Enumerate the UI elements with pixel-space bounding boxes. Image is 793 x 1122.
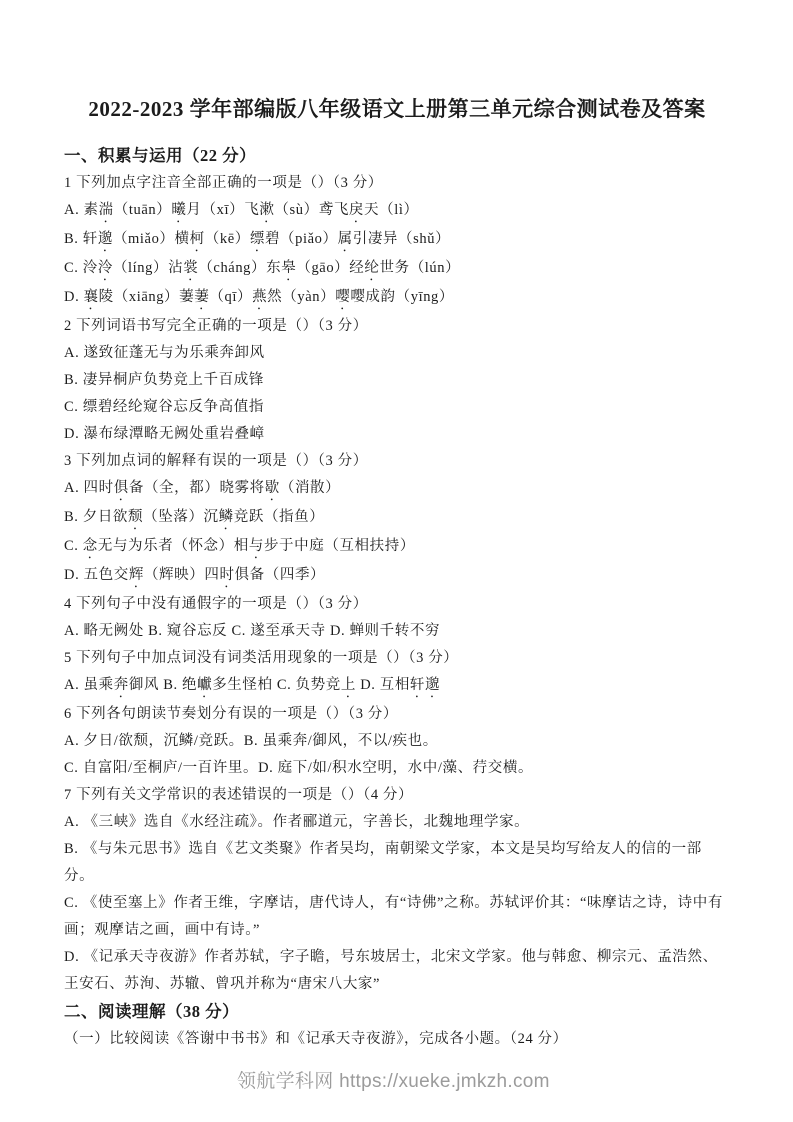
page-title: 2022-2023 学年部编版八年级语文上册第三单元综合测试卷及答案 (64, 94, 730, 124)
question-3-stem: 3 下列加点词的解释有误的一项是（）（3 分） (64, 448, 730, 475)
question-2-option-c: C. 缥碧经纶窥谷忘反争高值指 (64, 394, 730, 421)
question-1-stem: 1 下列加点字注音全部正确的一项是（）（3 分） (64, 170, 730, 197)
question-5-stem: 5 下列句子中加点词没有词类活用现象的一项是（）（3 分） (64, 645, 730, 672)
question-2-stem: 2 下列词语书写完全正确的一项是（）（3 分） (64, 313, 730, 340)
question-6-options-ab: A. 夕日/欲颓，沉鳞/竞跃。B. 虽乘奔/御风，不以/疾也。 (64, 728, 730, 755)
test-paper-page: 2022-2023 学年部编版八年级语文上册第三单元综合测试卷及答案 一、积累与… (0, 0, 793, 1122)
question-3: 3 下列加点词的解释有误的一项是（）（3 分） A. 四时俱备（全，都）晓雾将歇… (64, 448, 730, 591)
question-6-options-cd: C. 自富阳/至桐庐/一百许里。D. 庭下/如/积水空明，水中/藻、荇交横。 (64, 755, 730, 782)
question-3-option-d: D. 五色交辉（辉映）四时俱备（四季） (64, 562, 730, 591)
question-1-option-a: A. 素湍（tuān）曦月（xī）飞漱（sù）鸢飞戾天（lì） (64, 197, 730, 226)
question-2-option-a: A. 遂致征蓬无与为乐乘奔卸风 (64, 340, 730, 367)
section-one-heading: 一、积累与运用（22 分） (64, 142, 730, 170)
question-7-option-a: A. 《三峡》选自《水经注疏》。作者郦道元，字善长，北魏地理学家。 (64, 809, 730, 836)
question-7: 7 下列有关文学常识的表述错误的一项是（）（4 分） A. 《三峡》选自《水经注… (64, 782, 730, 998)
question-5: 5 下列句子中加点词没有词类活用现象的一项是（）（3 分） A. 虽乘奔御风 B… (64, 645, 730, 701)
question-7-option-b: B. 《与朱元思书》选自《艺文类聚》作者吴均，南朝梁文学家，本文是吴均写给友人的… (64, 836, 730, 890)
question-7-option-d: D. 《记承天寺夜游》作者苏轼，字子瞻，号东坡居士，北宋文学家。他与韩愈、柳宗元… (64, 944, 730, 998)
footer-watermark: 领航学科网 https://xueke.jmkzh.com (237, 1066, 550, 1093)
section-accumulation-and-use: 一、积累与运用（22 分） 1 下列加点字注音全部正确的一项是（）（3 分） A… (64, 142, 730, 998)
question-1-option-d: D. 襄陵（xiāng）萋萋（qī）燕然（yàn）嘤嘤成韵（yīng） (64, 284, 730, 313)
question-2-option-b: B. 凄异桐庐负势竞上千百成锋 (64, 367, 730, 394)
question-5-options: A. 虽乘奔御风 B. 绝巘多生怪柏 C. 负势竞上 D. 互相轩邈 (64, 672, 730, 701)
question-1-option-b: B. 轩邈（miǎo）横柯（kē）缥碧（piǎo）属引凄异（shǔ） (64, 226, 730, 255)
question-3-option-a: A. 四时俱备（全，都）晓雾将歇（消散） (64, 475, 730, 504)
question-4-options: A. 略无阙处 B. 窥谷忘反 C. 遂至承天寺 D. 蝉则千转不穷 (64, 618, 730, 645)
question-2: 2 下列词语书写完全正确的一项是（）（3 分） A. 遂致征蓬无与为乐乘奔卸风 … (64, 313, 730, 448)
section-two-heading: 二、阅读理解（38 分） (64, 998, 730, 1026)
question-6: 6 下列各句朗读节奏划分有误的一项是（）（3 分） A. 夕日/欲颓，沉鳞/竞跃… (64, 701, 730, 782)
section-reading-comprehension: 二、阅读理解（38 分） （一）比较阅读《答谢中书书》和《记承天寺夜游》，完成各… (64, 998, 730, 1053)
question-3-option-c: C. 念无与为乐者（怀念）相与步于中庭（互相扶持） (64, 533, 730, 562)
question-2-option-d: D. 瀑布绿潭略无阙处重岩叠嶂 (64, 421, 730, 448)
question-7-stem: 7 下列有关文学常识的表述错误的一项是（）（4 分） (64, 782, 730, 809)
question-4-stem: 4 下列句子中没有通假字的一项是（）（3 分） (64, 591, 730, 618)
section-two-intro: （一）比较阅读《答谢中书书》和《记承天寺夜游》，完成各小题。（24 分） (64, 1026, 730, 1053)
question-1-option-c: C. 泠泠（líng）沾裳（cháng）东皋（gāo）经纶世务（lún） (64, 255, 730, 284)
question-7-option-c: C. 《使至塞上》作者王维，字摩诘，唐代诗人，有“诗佛”之称。苏轼评价其：“味摩… (64, 890, 730, 944)
question-3-option-b: B. 夕日欲颓（坠落）沉鳞竞跃（指鱼） (64, 504, 730, 533)
question-4: 4 下列句子中没有通假字的一项是（）（3 分） A. 略无阙处 B. 窥谷忘反 … (64, 591, 730, 645)
question-6-stem: 6 下列各句朗读节奏划分有误的一项是（）（3 分） (64, 701, 730, 728)
question-1: 1 下列加点字注音全部正确的一项是（）（3 分） A. 素湍（tuān）曦月（x… (64, 170, 730, 313)
